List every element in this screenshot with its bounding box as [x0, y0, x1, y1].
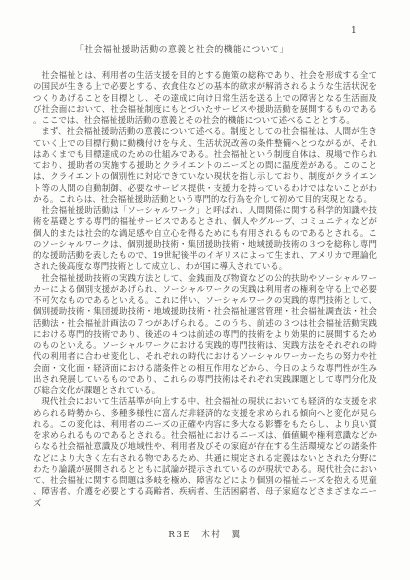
document-body: 社会福祉とは、利用者の生活支援を目的とする施策の総称であり、社会を形成する全ての… [33, 70, 377, 509]
paragraph-intro: 社会福祉とは、利用者の生活支援を目的とする施策の総称であり、社会を形成する全ての… [33, 70, 377, 126]
paragraph-modern-society: 現代社会において生活基準が向上する中、社会福祉の現状においても経済的な支援を求め… [33, 396, 377, 509]
paragraph-socialwork: 社会福祉援助活動は「ソーシャルワーク」と呼ばれ、人間関係に関する科学的知識や技術… [33, 205, 377, 273]
page-number: 1 [351, 26, 357, 37]
author-signature: R3E 木村 翼 [0, 530, 410, 541]
paragraph-practice-methods: 社会福祉援助技術の実践方法として、金銭面及び物資などの公的扶助やソーシャルワーカ… [33, 273, 377, 397]
document-page: 1 「社会福祉援助活動の意義と社会的機能について」 社会福祉とは、利用者の生活支… [0, 0, 410, 580]
paragraph-significance: まず、社会福祉援助活動の意義について述べる。制度としての社会福祉は、人間が生きて… [33, 126, 377, 205]
document-title: 「社会福祉援助活動の意義と社会的機能について」 [33, 44, 393, 56]
